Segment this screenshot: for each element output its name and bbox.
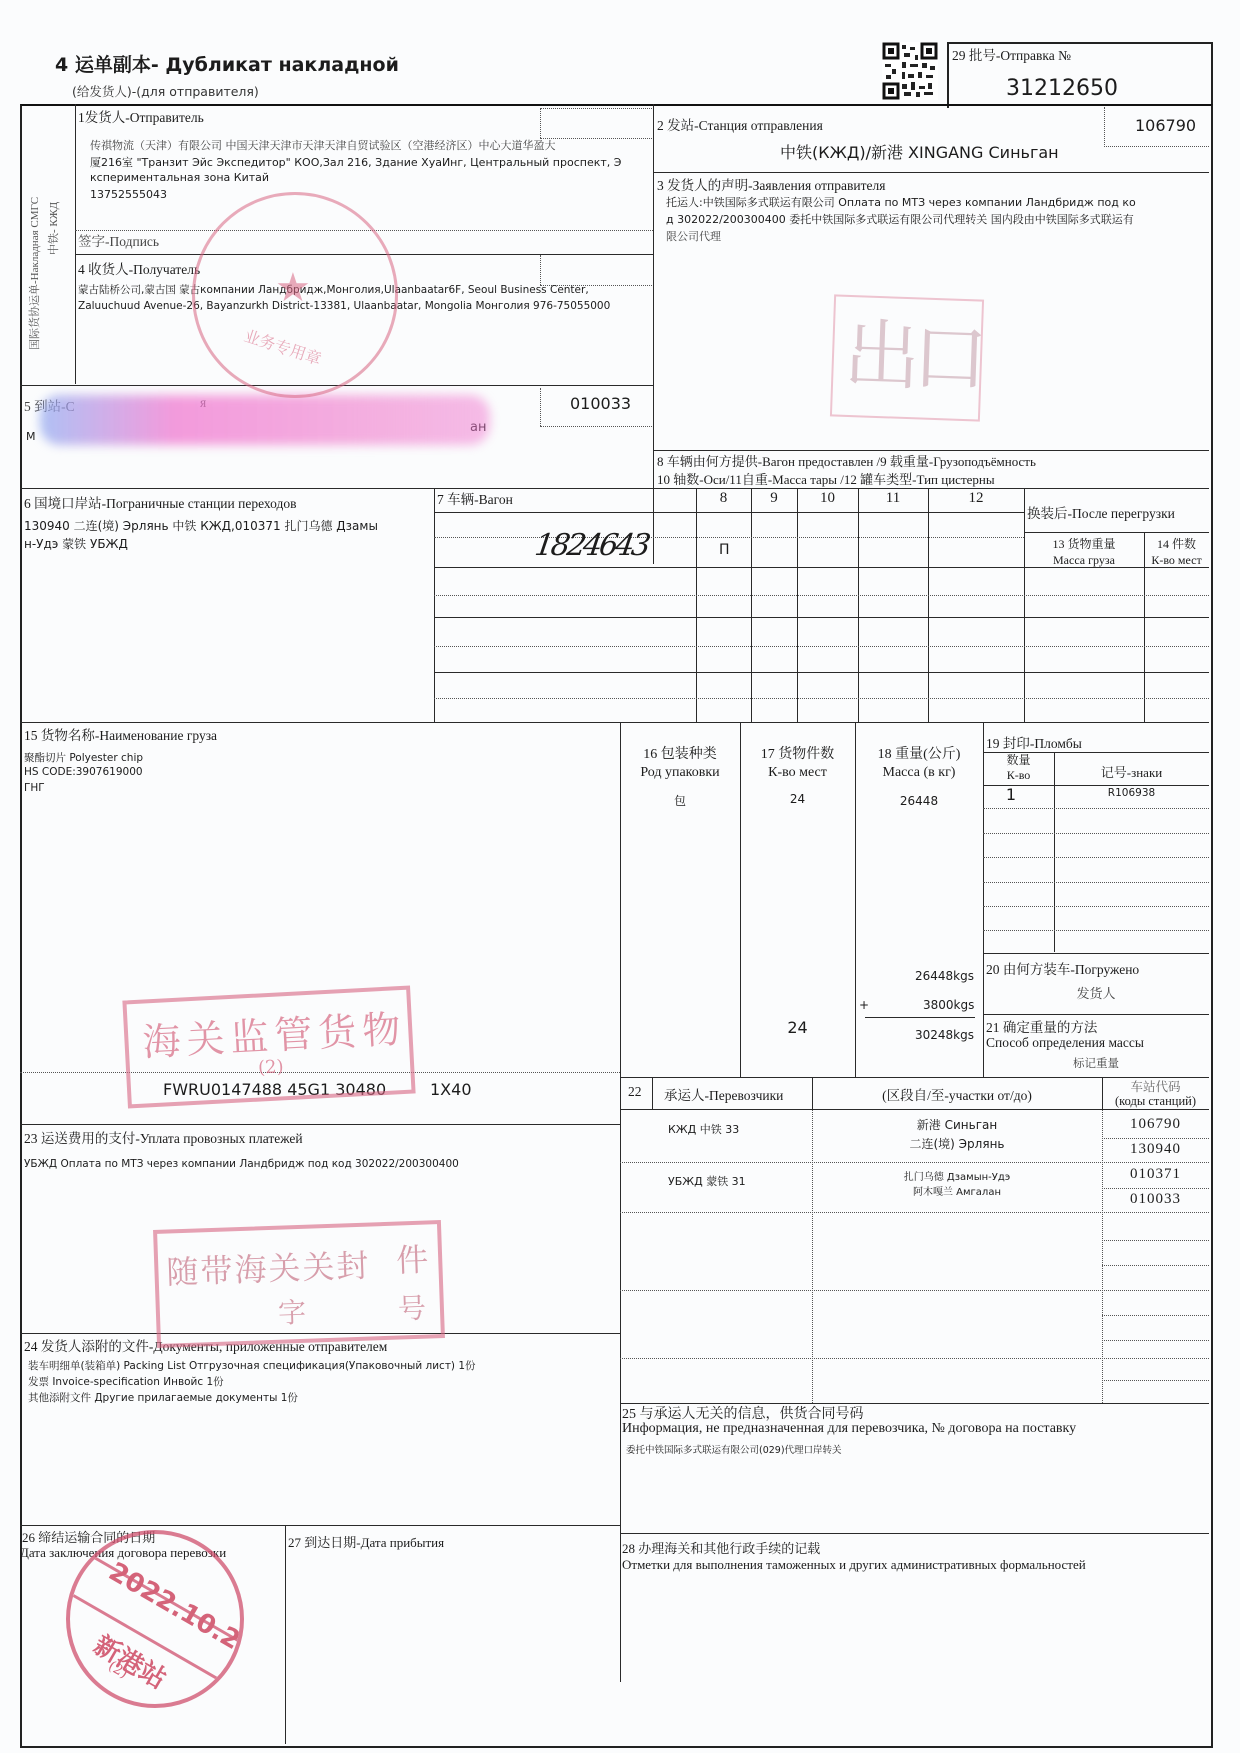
cargo-name-line: 聚酯切片 Polyester chip xyxy=(24,750,143,765)
carrier-row-1-code-to: 130940 xyxy=(1102,1141,1209,1158)
mass-value: 26448 xyxy=(855,794,983,808)
packaging-type-value: 包 xyxy=(620,792,740,809)
side-label-smgs: 国际货协运单-Накладная СМГС xyxy=(26,197,42,350)
seal-qty-header: 数量 К-во xyxy=(983,753,1054,783)
package-count-header: 17 货物件数 К-во мест xyxy=(740,746,855,782)
cargo-mass-header-ru: Масса груза xyxy=(1053,553,1115,567)
sender-declaration-line: 限公司代理 xyxy=(666,228,721,244)
document-title: 4 运单副本- Дубликат накладной xyxy=(55,50,399,77)
border-stations-line: н-Удэ 蒙铁 УБЖД xyxy=(24,535,128,552)
consignee-line: 蒙古陆桥公司,蒙古国 蒙古компании Ландбридж,Монголия… xyxy=(78,282,589,297)
departure-station-label: 2 发站-Станция отправления xyxy=(657,114,823,134)
form-frame xyxy=(20,104,1213,1748)
package-count-header-ru: К-во мест xyxy=(768,765,827,780)
net-mass: 26448kgs xyxy=(915,969,974,983)
attached-doc: 其他添附文件 Другие прилагаемые документы 1份 xyxy=(28,1390,298,1405)
wagon-col-header-9: 9 xyxy=(751,490,797,507)
after-reload-label: 换装后-После перегрузки xyxy=(1027,502,1175,522)
sender-phone: 13752555043 xyxy=(90,188,167,201)
consignee-label: 4 收货人-Получатель xyxy=(78,258,200,278)
cargo-name-label: 15 货物名称-Наименование груза xyxy=(24,724,217,744)
side-label-kzhd: 中铁- КЖД xyxy=(45,202,61,255)
container-quantity: 1X40 xyxy=(430,1080,472,1099)
seal-mark-value: R106938 xyxy=(1054,787,1209,799)
seal-qty-value: 1 xyxy=(983,785,1039,804)
station-codes-header-ru: (коды станций) xyxy=(1115,1094,1196,1108)
carrier-row-2-carrier: УБЖД 蒙铁 31 xyxy=(668,1173,746,1189)
packaging-type-header-cn: 16 包装种类 xyxy=(643,747,717,762)
carrier-row-1-code-from: 106790 xyxy=(1102,1116,1209,1133)
destination-station-code: 010033 xyxy=(570,394,631,413)
sender-line: кспериментальная зона Китай xyxy=(90,171,269,184)
non-carrier-info-label-cn: 25 与承运人无关的信息，供货合同号码 xyxy=(622,1403,864,1423)
station-codes-header-cn: 车站代码 xyxy=(1130,1080,1180,1094)
seal-qty-header-cn: 数量 xyxy=(1006,753,1030,767)
attached-doc: 发票 Invoice-specification Инвойс 1份 xyxy=(28,1374,224,1389)
mass-method-label-ru: Способ определения массы xyxy=(986,1035,1144,1051)
wagon-col-header-12: 12 xyxy=(928,490,1024,507)
wagon-label: 7 车辆-Вагон xyxy=(437,488,513,508)
sender-line: 厦216室 "Транзит Эйс Экспедитор" КОО,Зал 2… xyxy=(90,154,621,170)
contract-date-label-cn: 26 缔结运输合同的日期 xyxy=(22,1527,155,1546)
mass-header-cn: 18 重量(公斤) xyxy=(878,747,961,762)
carrier-row-2-from: 扎门乌德 Дзамын-Удэ xyxy=(812,1168,1102,1183)
carrier-row-2-code-from: 010371 xyxy=(1102,1166,1209,1183)
pieces-header-cn: 14 件数 xyxy=(1157,537,1196,551)
shipment-number-value: 31212650 xyxy=(1006,76,1118,101)
sender-declaration-label: 3 发货人的声明-Заявления отправителя xyxy=(657,174,885,194)
freight-payment-value: УБЖД Оплата по МТЗ через компании Ландбр… xyxy=(24,1158,459,1170)
plus-sign: + xyxy=(859,998,869,1012)
carrier-row-1-from: 新港 Синьган xyxy=(812,1116,1102,1133)
cargo-name-line: ГНГ xyxy=(24,782,45,794)
cargo-mass-header-cn: 13 货物重量 xyxy=(1052,537,1115,551)
mass-method-label-cn: 21 确定重量的方法 xyxy=(986,1016,1097,1036)
cargo-mass-header: 13 货物重量 Масса груза xyxy=(1024,536,1144,568)
freight-payment-label: 23 运送费用的支付-Уплата провозных платежей xyxy=(24,1127,303,1147)
destination-station-line2-head: М xyxy=(26,430,36,443)
wagon-number-handwritten: 1824643 xyxy=(533,528,651,563)
consignee-line: Zaluuchuud Avenue-26, Bayanzurkh Distric… xyxy=(78,300,610,312)
carrier-row-2-code-to: 010033 xyxy=(1102,1191,1209,1208)
departure-station-name: 中铁(КЖД)/新港 XINGANG Синьган xyxy=(780,140,1059,163)
sender-declaration-line: 托运人:中铁国际多式联运有限公司 Оплата по МТЗ через ком… xyxy=(666,194,1136,210)
seal-marks-header: 记号-знаки xyxy=(1054,762,1209,781)
pieces-header: 14 件数 К-во мест xyxy=(1144,536,1209,568)
container-info: FWRU0147488 45G1 30480 xyxy=(163,1080,386,1099)
wagon-col-header-11: 11 xyxy=(858,490,928,507)
station-codes-header: 车站代码 (коды станций) xyxy=(1102,1080,1209,1108)
pieces-header-ru: К-во мест xyxy=(1151,553,1201,567)
mass-header-ru: Масса (в кг) xyxy=(883,765,956,780)
wagon-info-header-line1: 8 车辆由何方提供-Вагон предоставлен /9 载重量-Груз… xyxy=(657,451,1036,470)
non-carrier-info-value: 委托中铁国际多式联运有限公司(029)代理口岸转关 xyxy=(626,1442,842,1456)
redaction-blur xyxy=(40,395,490,445)
customs-records-label-cn: 28 办理海关和其他行政手续的记载 xyxy=(622,1538,820,1557)
document-subtitle: (给发货人)-(для отправителя) xyxy=(72,82,259,100)
package-count-total: 24 xyxy=(740,1018,855,1037)
package-count-value: 24 xyxy=(740,792,855,806)
mass-header: 18 重量(公斤) Масса (в кг) xyxy=(855,746,983,782)
sender-line: 传祺物流（天津）有限公司 中国天津天津市天津天津自贸试验区（空港经济区）中心大道… xyxy=(90,137,556,153)
gross-mass: 30248kgs xyxy=(915,1028,974,1042)
tare-mass: 3800kgs xyxy=(923,998,974,1012)
arrival-date-label: 27 到达日期-Дата прибытия xyxy=(288,1532,444,1551)
customs-records-label-ru: Отметки для выполнения таможенных и друг… xyxy=(622,1557,1086,1573)
attached-doc: 装车明细单(装箱单) Packing List Отгрузочная спец… xyxy=(28,1358,476,1373)
sender-label: 1发货人-Отправитель xyxy=(78,106,204,126)
carriers-number: 22 xyxy=(628,1084,642,1100)
loaded-by-label: 20 由何方装车-Погружено xyxy=(986,958,1139,978)
sections-label: (区段自/至-участки от/до) xyxy=(812,1084,1102,1104)
shipment-number-label: 29 批号-Отправка № xyxy=(952,44,1071,64)
departure-station-code: 106790 xyxy=(1135,116,1196,135)
wagon-col-header-8: 8 xyxy=(696,490,751,507)
seals-label: 19 封印-Пломбы xyxy=(986,732,1082,752)
contract-date-label-ru: Дата заключения договора перевозки xyxy=(20,1545,226,1561)
cargo-name-line: HS CODE:3907619000 xyxy=(24,766,143,778)
attached-docs-label: 24 发货人添附的文件-Документы, приложенные отпра… xyxy=(24,1335,387,1355)
wagon-info-header-line2: 10 轴数-Оси/11自重-Масса тары /12 罐车类型-Тип ц… xyxy=(657,469,995,488)
carrier-row-2-to: 阿木嘎兰 Амгалан xyxy=(812,1183,1102,1198)
packaging-type-header-ru: Род упаковки xyxy=(640,765,719,780)
wagon-col-header-10: 10 xyxy=(797,490,858,507)
qr-code-icon xyxy=(882,42,938,100)
border-stations-label: 6 国境口岸站-Пограничные станции переходов xyxy=(24,492,297,512)
non-carrier-info-label-ru: Информация, не предназначенная для перев… xyxy=(622,1421,1076,1437)
package-count-header-cn: 17 货物件数 xyxy=(761,747,835,762)
carriers-label: 承运人-Перевозчики xyxy=(664,1084,783,1104)
border-stations-line: 130940 二连(境) Эрлянь 中铁 КЖД,010371 扎门乌德 Д… xyxy=(24,517,378,534)
sender-declaration-line: д 302022/200300400 委托中铁国际多式联运有限公司代理转关 国内… xyxy=(666,211,1134,227)
seal-qty-header-ru: К-во xyxy=(1007,768,1031,782)
loaded-by-value: 发货人 xyxy=(983,983,1209,1002)
packaging-type-header: 16 包装种类 Род упаковки xyxy=(620,746,740,782)
signature-label: 签字-Подпись xyxy=(78,230,159,250)
carrier-row-1-carrier: КЖД 中铁 33 xyxy=(668,1121,739,1137)
mass-method-value: 标记重量 xyxy=(983,1055,1209,1071)
carrier-row-1-to: 二连(境) Эрлянь xyxy=(812,1135,1102,1152)
wagon-col8-value: П xyxy=(719,542,730,558)
